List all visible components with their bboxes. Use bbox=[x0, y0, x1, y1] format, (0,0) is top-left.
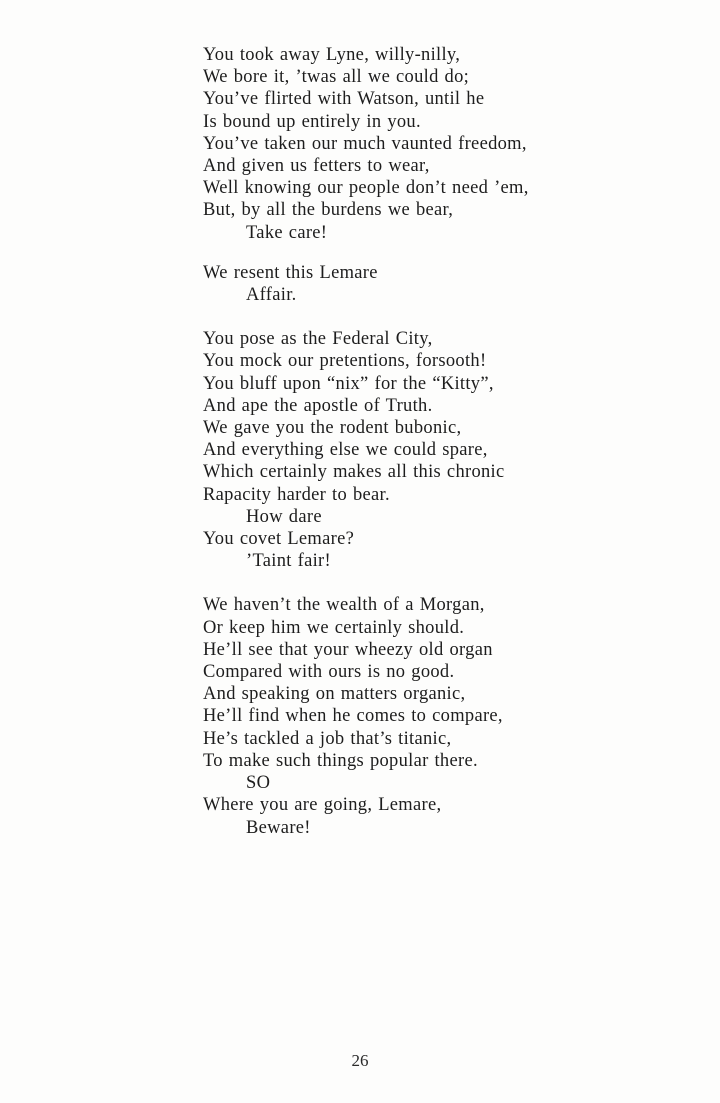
poem-line: You bluff upon “nix” for the “Kitty”, bbox=[203, 373, 529, 395]
poem-refrain: Take care! bbox=[203, 222, 529, 244]
stanza-1: You took away Lyne, willy-nilly, We bore… bbox=[203, 44, 529, 244]
document-page: You took away Lyne, willy-nilly, We bore… bbox=[0, 0, 720, 1103]
poem-line: You’ve flirted with Watson, until he bbox=[203, 88, 529, 110]
poem-refrain: How dare bbox=[203, 506, 529, 528]
poem-line: We haven’t the wealth of a Morgan, bbox=[203, 594, 529, 616]
poem-line: Or keep him we certainly should. bbox=[203, 617, 529, 639]
poem-line: To make such things popular there. bbox=[203, 750, 529, 772]
poem: You took away Lyne, willy-nilly, We bore… bbox=[203, 44, 529, 839]
stanza-4: We haven’t the wealth of a Morgan, Or ke… bbox=[203, 594, 529, 838]
poem-line: Is bound up entirely in you. bbox=[203, 111, 529, 133]
poem-line: Compared with ours is no good. bbox=[203, 661, 529, 683]
poem-refrain: Affair. bbox=[203, 284, 529, 306]
poem-line: We resent this Lemare bbox=[203, 262, 529, 284]
poem-refrain: Beware! bbox=[203, 817, 529, 839]
poem-line: You pose as the Federal City, bbox=[203, 328, 529, 350]
stanza-gap bbox=[203, 572, 529, 594]
stanza-2: We resent this Lemare Affair. bbox=[203, 262, 529, 306]
poem-line: He’ll see that your wheezy old organ bbox=[203, 639, 529, 661]
poem-line: And everything else we could spare, bbox=[203, 439, 529, 461]
poem-line: You took away Lyne, willy-nilly, bbox=[203, 44, 529, 66]
poem-line: He’ll find when he comes to compare, bbox=[203, 705, 529, 727]
poem-line: You mock our pretentions, forsooth! bbox=[203, 350, 529, 372]
poem-line: Well knowing our people don’t need ’em, bbox=[203, 177, 529, 199]
page-number: 26 bbox=[0, 1051, 720, 1071]
poem-line: And ape the apostle of Truth. bbox=[203, 395, 529, 417]
poem-line: You’ve taken our much vaunted freedom, bbox=[203, 133, 529, 155]
poem-line: He’s tackled a job that’s titanic, bbox=[203, 728, 529, 750]
poem-line: We gave you the rodent bubonic, bbox=[203, 417, 529, 439]
poem-line: And speaking on matters organic, bbox=[203, 683, 529, 705]
poem-line: Where you are going, Lemare, bbox=[203, 794, 529, 816]
stanza-3: You pose as the Federal City, You mock o… bbox=[203, 328, 529, 572]
poem-line: Rapacity harder to bear. bbox=[203, 484, 529, 506]
poem-line: Which certainly makes all this chronic bbox=[203, 461, 529, 483]
stanza-gap bbox=[203, 306, 529, 328]
poem-line: And given us fetters to wear, bbox=[203, 155, 529, 177]
stanza-gap bbox=[203, 244, 529, 262]
poem-line: We bore it, ’twas all we could do; bbox=[203, 66, 529, 88]
poem-line: You covet Lemare? bbox=[203, 528, 529, 550]
poem-refrain: SO bbox=[203, 772, 529, 794]
poem-line: But, by all the burdens we bear, bbox=[203, 199, 529, 221]
poem-refrain: ’Taint fair! bbox=[203, 550, 529, 572]
